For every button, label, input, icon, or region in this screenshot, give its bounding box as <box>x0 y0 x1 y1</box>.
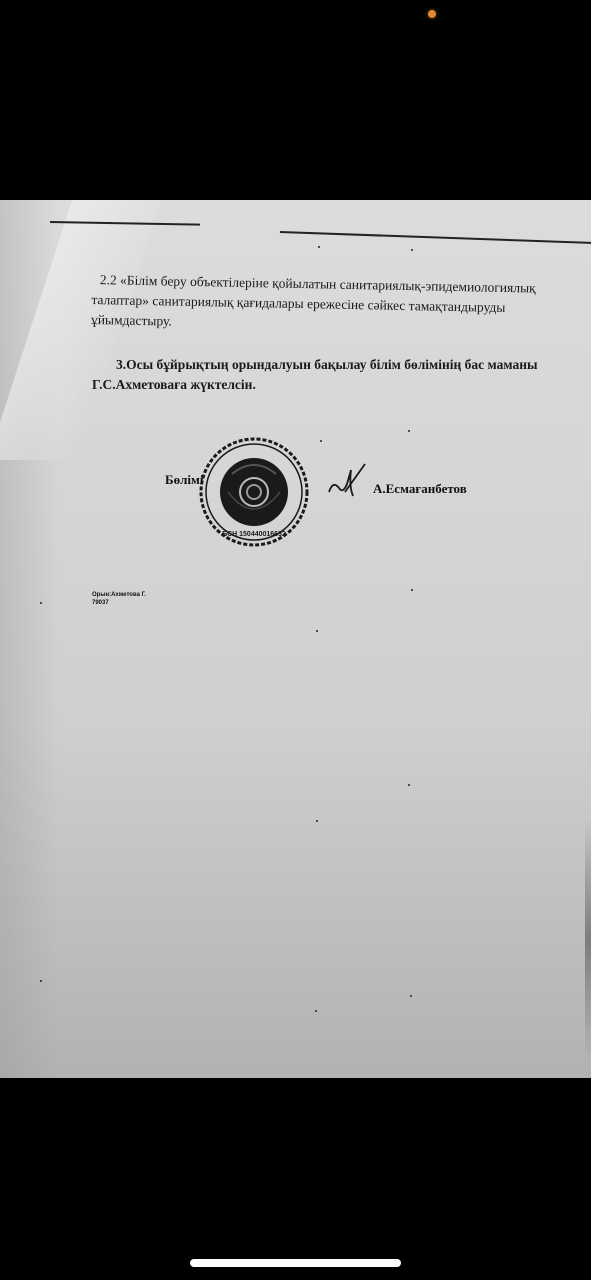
scan-speck <box>411 589 413 591</box>
handwritten-signature-icon <box>325 462 375 502</box>
scan-speck <box>411 249 413 251</box>
executor-phone: 79037 <box>92 599 146 607</box>
scan-speck <box>320 440 322 442</box>
scan-speck <box>315 1010 317 1012</box>
scan-speck <box>40 980 42 982</box>
scan-speck <box>40 602 42 604</box>
official-stamp-icon: БСН 150440016632 <box>198 436 310 548</box>
page-right-edge <box>585 820 591 1060</box>
signatory-name: А.Есмағанбетов <box>373 481 467 497</box>
scan-speck <box>408 430 410 432</box>
paragraph-2-2: 2.2 «Білім беру объектілеріне қойылатын … <box>91 270 557 339</box>
paragraph-3: 3.Осы бұйрықтың орындалуын бақылау білім… <box>92 355 557 395</box>
scan-speck <box>408 784 410 786</box>
document-photo: 2.2 «Білім беру объектілеріне қойылатын … <box>0 200 591 1078</box>
svg-text:БСН 150440016632: БСН 150440016632 <box>222 531 286 538</box>
page-edge-line <box>280 231 591 244</box>
paragraph-line: 3.Осы бұйрықтың орындалуын бақылау білім… <box>92 355 557 375</box>
executor-info: Орын:Ахметова Г. 79037 <box>92 591 146 607</box>
scan-speck <box>316 820 318 822</box>
scan-speck <box>318 246 320 248</box>
paragraph-line: Г.С.Ахметоваға жүктелсін. <box>92 375 557 395</box>
home-indicator[interactable] <box>190 1259 401 1267</box>
executor-name: Орын:Ахметова Г. <box>92 591 146 599</box>
privacy-indicator-dot <box>428 10 436 18</box>
scan-speck <box>316 630 318 632</box>
scan-speck <box>410 995 412 997</box>
